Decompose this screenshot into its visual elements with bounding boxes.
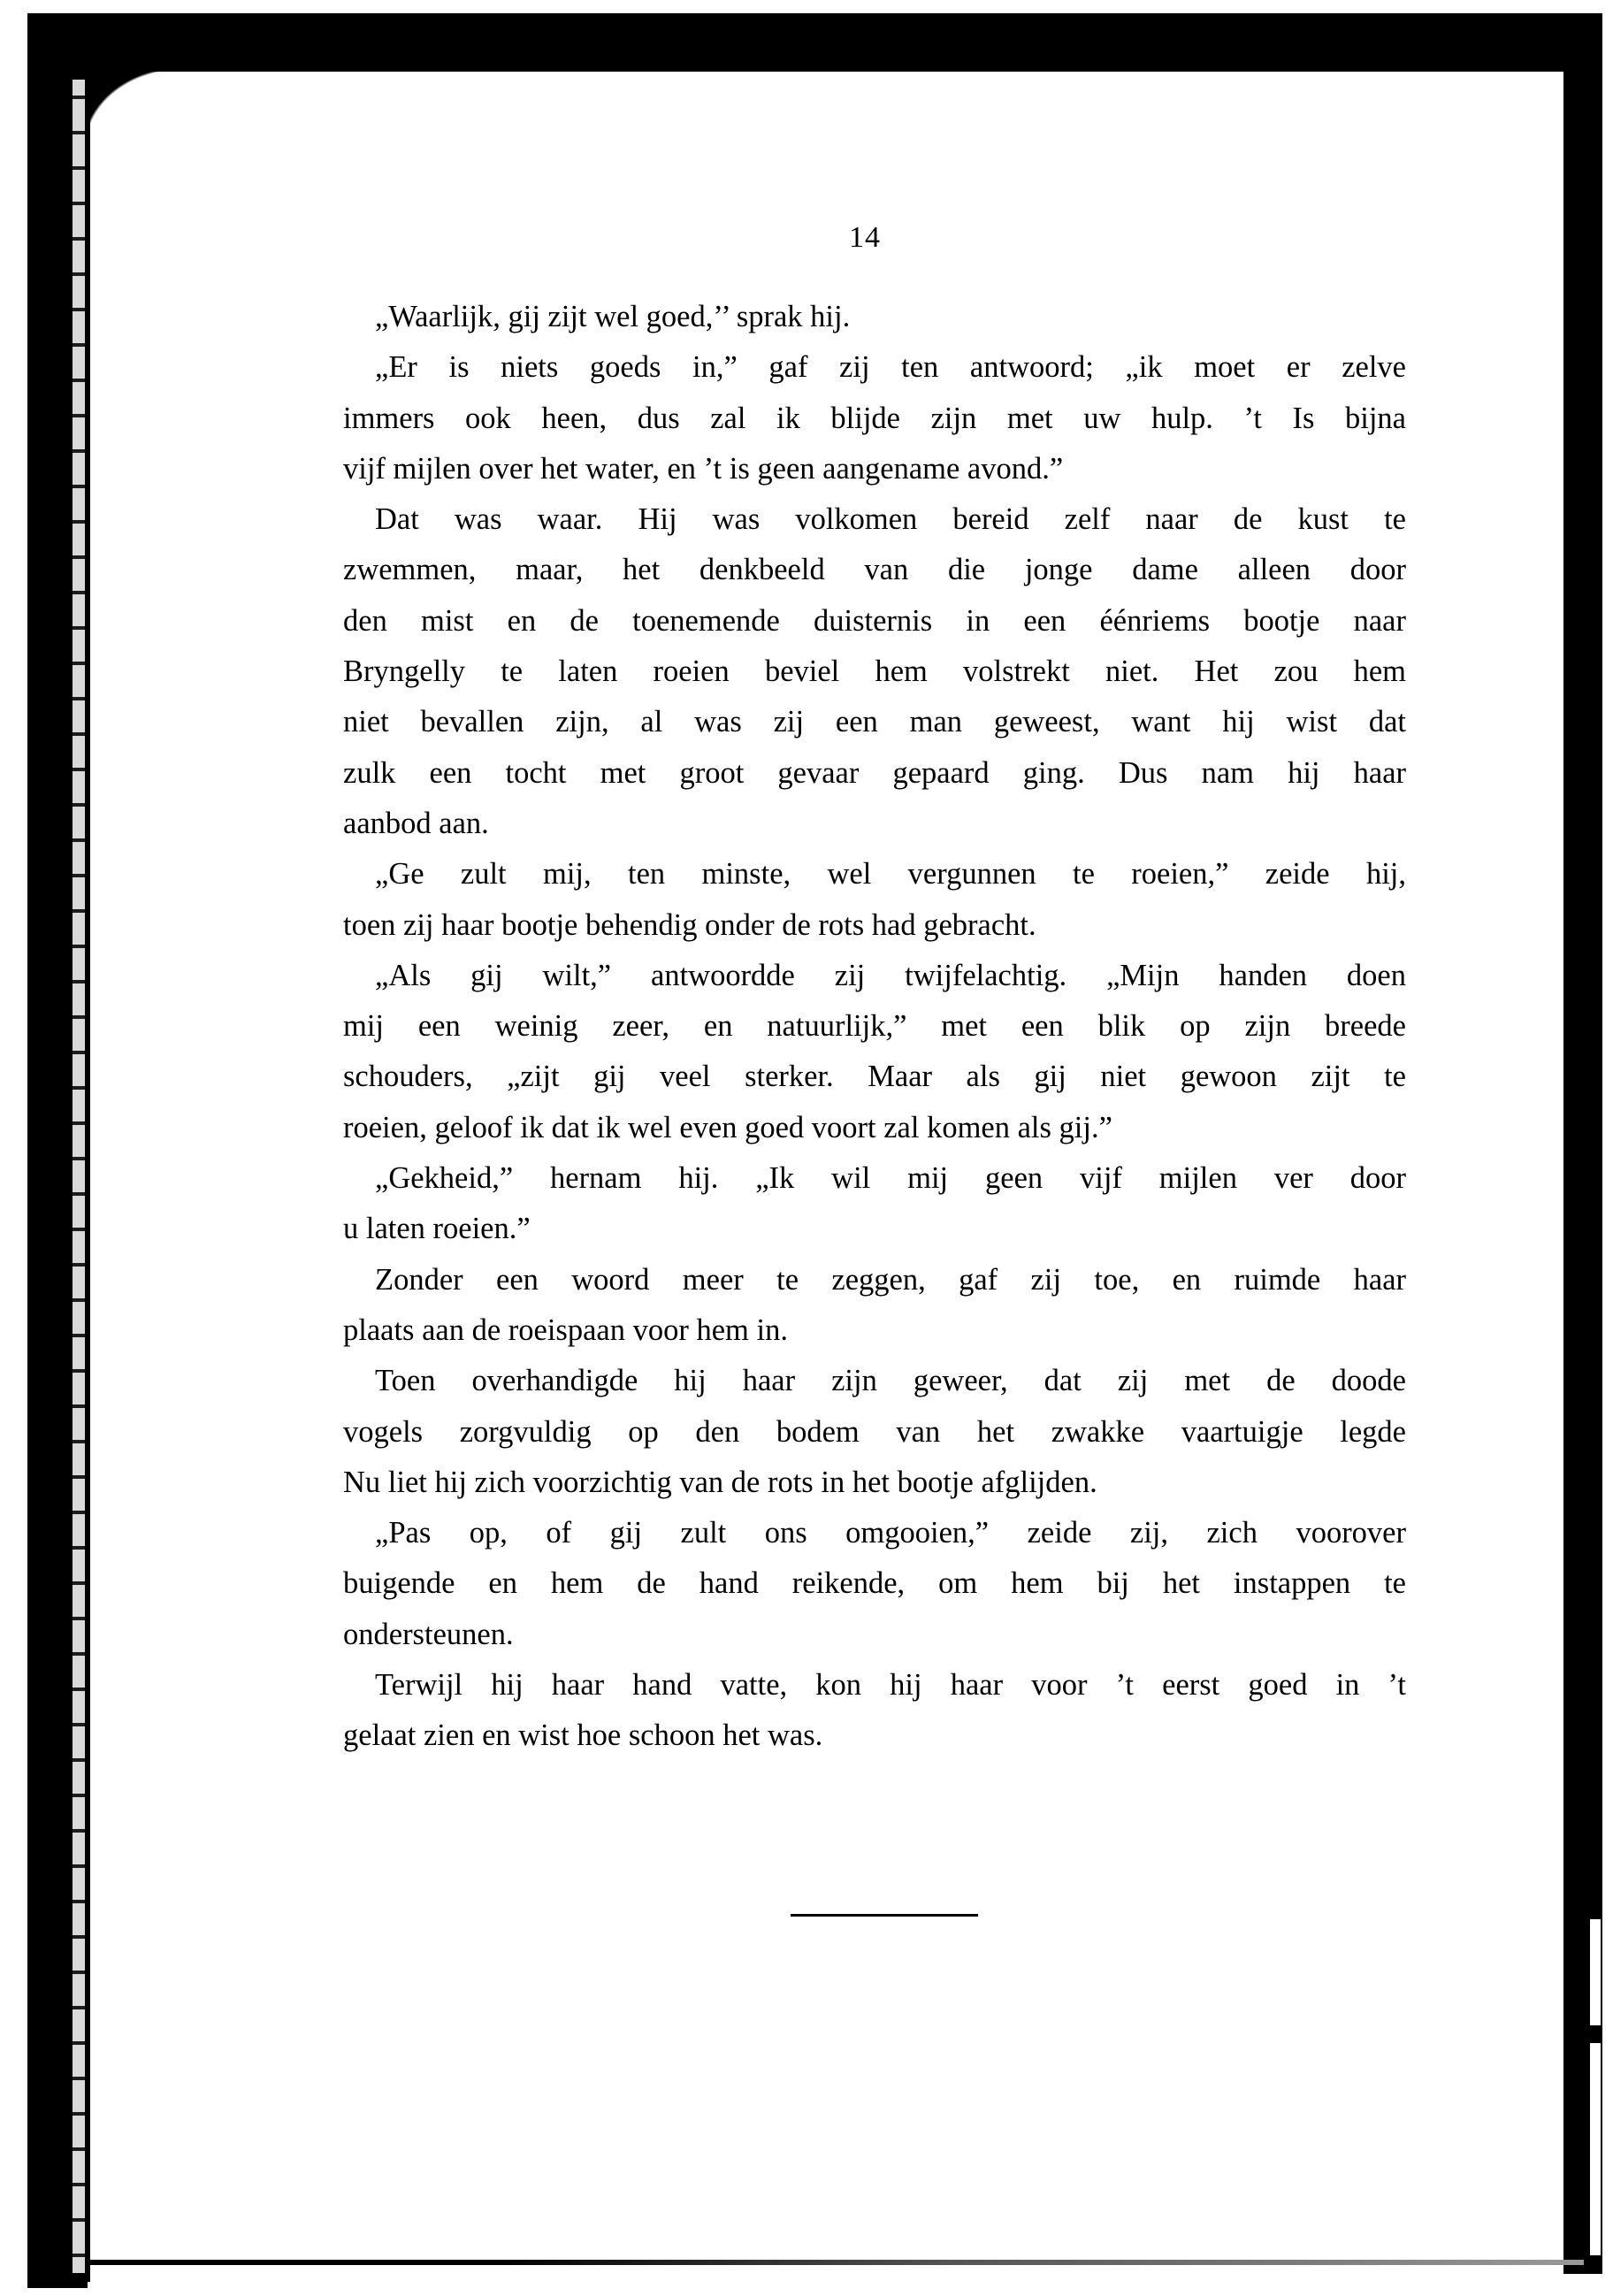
body-text: „Waarlijk, gij zijt wel goed,’’ sprak hi… [343,292,1406,1762]
text-line: roeien, geloof ik dat ik wel even goed v… [343,1103,1406,1153]
paragraph: Terwijl hij haar hand vatte, kon hij haa… [343,1660,1406,1762]
scan-binding-stripe [73,80,85,2273]
text-line: Nu liet hij zich voorzichtig van de rots… [343,1458,1406,1508]
paragraph: „Er is niets goeds in,” gaf zij ten antw… [343,342,1406,494]
text-line: „Pas op, of gij zult ons omgooien,” zeid… [343,1508,1406,1558]
paragraph: „Als gij wilt,” antwoordde zij twijfelac… [343,951,1406,1153]
text-line: „Er is niets goeds in,” gaf zij ten antw… [343,342,1406,393]
text-line: „Ge zult mij, ten minste, wel vergunnen … [343,849,1406,899]
text-line: toen zij haar bootje behendig onder de r… [343,900,1406,951]
text-line: ondersteunen. [343,1610,1406,1660]
paragraph: „Waarlijk, gij zijt wel goed,’’ sprak hi… [343,292,1406,342]
scan-right-stripe [1590,1919,1601,2255]
text-line: „Als gij wilt,” antwoordde zij twijfelac… [343,951,1406,1001]
text-line: buigende en hem de hand reikende, om hem… [343,1558,1406,1609]
scan-page-edge [85,71,90,2282]
paragraph: „Gekheid,” hernam hij. „Ik wil mij geen … [343,1153,1406,1255]
text-line: Bryngelly te laten roeien beviel hem vol… [343,647,1406,697]
paragraph: Zonder een woord meer te zeggen, gaf zij… [343,1255,1406,1357]
page-number: 14 [849,221,881,255]
text-line: niet bevallen zijn, al was zij een man g… [343,697,1406,747]
text-line: vijf mijlen over het water, en ’t is gee… [343,444,1406,494]
text-line: schouders, „zijt gij veel sterker. Maar … [343,1052,1406,1102]
text-line: den mist en de toenemende duisternis in … [343,596,1406,647]
paragraph: „Pas op, of gij zult ons omgooien,” zeid… [343,1508,1406,1660]
text-line: zulk een tocht met groot gevaar gepaard … [343,748,1406,799]
section-divider [791,1914,978,1917]
paragraph: Dat was waar. Hij was volkomen bereid ze… [343,494,1406,849]
text-line: Terwijl hij haar hand vatte, kon hij haa… [343,1660,1406,1711]
scan-border-bottom [27,2260,1584,2265]
text-line: Dat was waar. Hij was volkomen bereid ze… [343,494,1406,545]
text-line: „Gekheid,” hernam hij. „Ik wil mij geen … [343,1153,1406,1204]
text-line: vogels zorgvuldig op den bodem van het z… [343,1407,1406,1458]
paragraph: „Ge zult mij, ten minste, wel vergunnen … [343,849,1406,951]
text-line: zwemmen, maar, het denkbeeld van die jon… [343,545,1406,595]
scan-corner-shadow [85,69,182,149]
text-line: gelaat zien en wist hoe schoon het was. [343,1711,1406,1761]
text-line: Zonder een woord meer te zeggen, gaf zij… [343,1255,1406,1305]
scan-border-top [28,13,1602,72]
text-line: plaats aan de roeispaan voor hem in. [343,1305,1406,1356]
text-line: immers ook heen, dus zal ik blijde zijn … [343,394,1406,444]
text-line: Toen overhandigde hij haar zijn geweer, … [343,1356,1406,1406]
text-line: „Waarlijk, gij zijt wel goed,’’ sprak hi… [343,292,1406,342]
text-line: u laten roeien.” [343,1204,1406,1254]
text-line: aanbod aan. [343,799,1406,849]
text-line: mij een weinig zeer, en natuurlijk,” met… [343,1001,1406,1052]
paragraph: Toen overhandigde hij haar zijn geweer, … [343,1356,1406,1508]
